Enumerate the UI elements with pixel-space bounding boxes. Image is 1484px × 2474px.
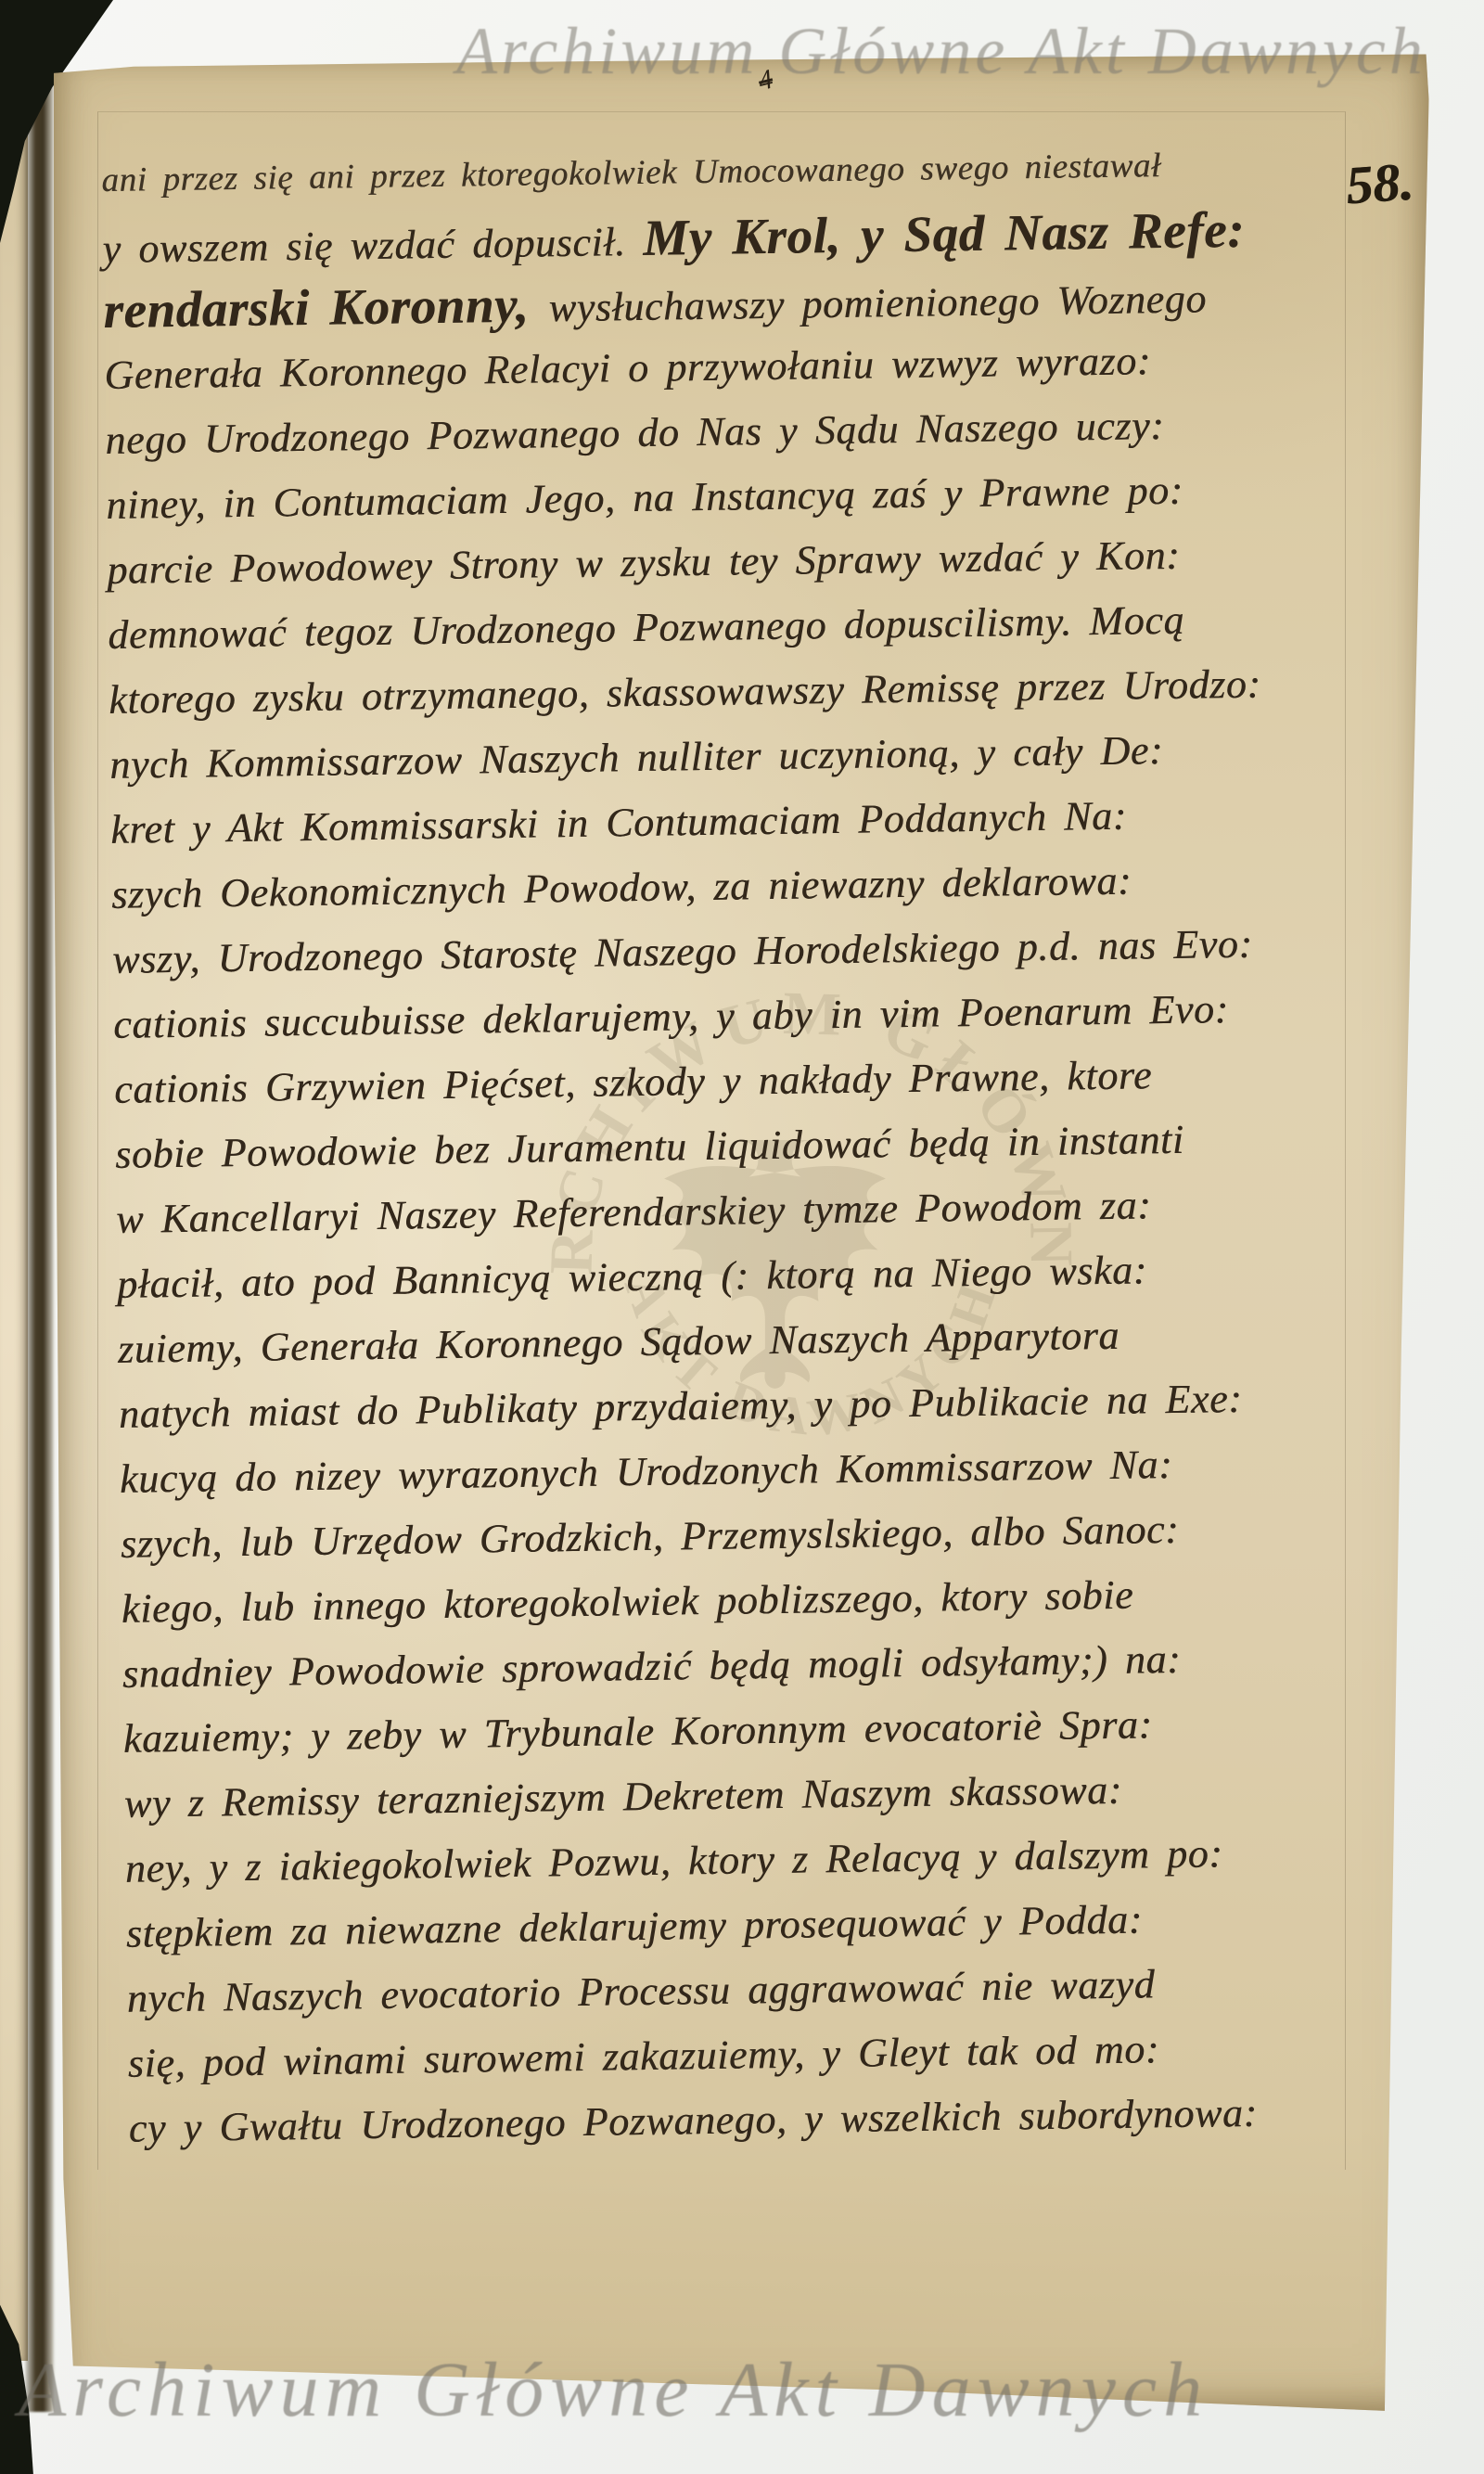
manuscript-line-segment: nych Kommissarzow Naszych nulliter uczyn… (109, 727, 1164, 788)
gutter-shadow (25, 56, 55, 2412)
manuscript-line-segment: My Krol, y Sąd Nasz Refe: (643, 201, 1246, 266)
manuscript-line-segment: natych miast do Publikaty przydaiemy, y … (119, 1376, 1243, 1437)
underlying-page-edge (0, 65, 28, 2361)
manuscript-line-segment: stępkiem za niewazne deklarujemy prosequ… (126, 1897, 1144, 1956)
manuscript-line-segment: rendarski Koronny, (103, 276, 549, 339)
manuscript-line-segment: szych Oekonomicznych Powodow, za niewazn… (111, 858, 1132, 917)
manuscript-line-segment: w Kancellaryi Naszey Referendarskiey tym… (116, 1182, 1152, 1242)
manuscript-line-segment: kazuiemy; y zeby w Trybunale Koronnym ev… (123, 1701, 1153, 1761)
manuscript-line-segment: kucyą do nizey wyrazonych Urodzonych Kom… (120, 1442, 1173, 1502)
manuscript-page: ARCHIWUM GŁÓWNE AKT DAWNYCH 4 58. ani pr… (51, 52, 1430, 2416)
manuscript-line-segment: y owszem się wzdać dopuscił. (102, 219, 643, 272)
manuscript-line-segment: cationis succubuisse deklarujemy, y aby … (113, 986, 1229, 1047)
manuscript-line-segment: demnować tegoz Urodzonego Pozwanego dopu… (108, 597, 1184, 658)
manuscript-line-segment: wszy, Urodzonego Starostę Naszego Horode… (112, 921, 1253, 982)
manuscript-line-segment: się, pod winami surowemi zakazuiemy, y G… (127, 2026, 1159, 2086)
manuscript-line-segment: nego Urodzonego Pozwanego do Nas y Sądu … (105, 403, 1165, 463)
manuscript-line-segment: zuiemy, Generała Koronnego Sądow Naszych… (118, 1313, 1120, 1372)
folio-number: 58. (1344, 150, 1415, 217)
manuscript-line-segment: Generała Koronnego Relacyi o przywołaniu… (104, 338, 1151, 398)
manuscript-line-segment: cationis Grzywien Pięćset, szkody y nakł… (114, 1052, 1153, 1112)
manuscript-line-segment: snadniey Powodowie sprowadzić będą mogli… (122, 1636, 1182, 1697)
manuscript-line-segment: niney, in Contumaciam Jego, na Instancyą… (106, 468, 1183, 528)
manuscript-line-segment: sobie Powodowie bez Juramentu liquidować… (115, 1117, 1184, 1177)
manuscript-line-segment: nych Naszych evocatorio Processu aggrawo… (127, 1961, 1156, 2020)
manuscript-line-segment: wysłuchawszy pomienionego Woznego (548, 276, 1207, 330)
manuscript-line-segment: kiego, lub innego ktoregokolwiek poblizs… (122, 1572, 1134, 1632)
manuscript-line-segment: wy z Remissy terazniejszym Dekretem Nasz… (124, 1767, 1123, 1827)
manuscript-line-segment: ney, y z iakiegokolwiek Pozwu, ktory z R… (125, 1830, 1223, 1891)
manuscript-line-segment: cy y Gwałtu Urodzonego Pozwanego, y wsze… (128, 2090, 1258, 2151)
scanner-background: ARCHIWUM GŁÓWNE AKT DAWNYCH 4 58. ani pr… (0, 0, 1484, 2474)
manuscript-line-segment: ktorego zysku otrzymanego, skassowawszy … (109, 661, 1261, 723)
manuscript-text: ani przez się ani przez ktoregokolwiek U… (101, 131, 1381, 2161)
quire-mark: 4 (755, 64, 776, 98)
manuscript-line-segment: kret y Akt Kommissarski in Contumaciam P… (110, 793, 1127, 852)
manuscript-line-segment: płacił, ato pod Bannicyą wieczną (: ktor… (117, 1247, 1147, 1307)
manuscript-line-segment: parcie Powodowey Strony w zysku tey Spra… (107, 532, 1181, 593)
manuscript-line-segment: ani przez się ani przez ktoregokolwiek U… (101, 147, 1161, 199)
manuscript-line-segment: szych, lub Urzędow Grodzkich, Przemyslsk… (121, 1506, 1180, 1567)
